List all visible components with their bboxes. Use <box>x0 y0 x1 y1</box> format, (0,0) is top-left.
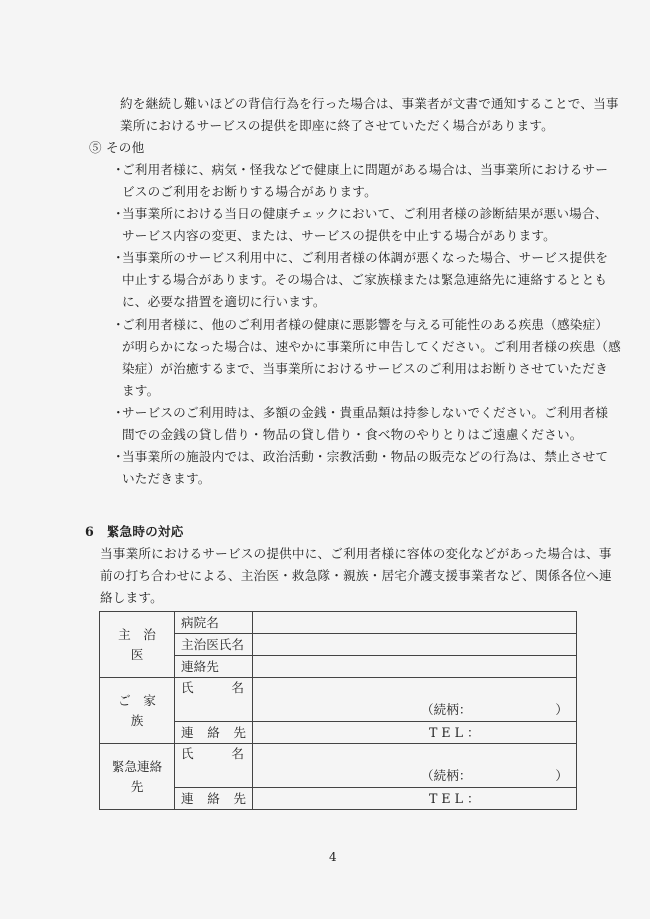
family-name-label: 氏 名 <box>175 678 253 722</box>
emergency-relation-close: ） <box>555 766 568 786</box>
emergency-name-label: 氏 名 <box>175 744 253 788</box>
doctor-contact-label: 連絡先 <box>175 656 253 678</box>
family-tel-label: TEL： <box>259 725 484 740</box>
family-name-field[interactable]: （続柄： ） <box>253 678 577 722</box>
family-contact-label: 連 絡 先 <box>175 722 253 744</box>
bullet-5-line-2: 間での金銭の貸し借り・物品の貸し借り・食べ物のやりとりはご遠慮ください。 <box>122 424 583 446</box>
bullet-4-line-3: 染症）が治癒するまで、当事業所におけるサービスのご利用はお断りさせていただき <box>122 358 608 380</box>
family-name-label-right: 名 <box>231 678 244 698</box>
page-number: 4 <box>329 850 337 864</box>
bullet-2-line-2: サービス内容の変更、または、サービスの提供を中止する場合があります。 <box>122 225 556 247</box>
bullet-5-line-1: サービスのご利用時は、多額の金銭・貴重品類は持参しないでください。ご利用者様 <box>122 402 608 424</box>
family-group-label: ご 家 族 <box>100 678 175 744</box>
family-contact-field[interactable]: TEL： <box>253 722 577 744</box>
bullet-4-line-4: ます。 <box>122 380 159 402</box>
emergency-row-name: 緊急連絡先 氏 名 （続柄： ） <box>100 744 577 788</box>
family-relation-close: ） <box>555 700 568 720</box>
family-row-name: ご 家 族 氏 名 （続柄： ） <box>100 678 577 722</box>
doctor-row-hospital: 主 治 医 病院名 <box>100 612 577 634</box>
bullet-2-line-1: 当事業所における当日の健康チェックにおいて、ご利用者様の診断結果が悪い場合、 <box>122 203 608 225</box>
emergency-name-label-left: 氏 <box>181 744 194 764</box>
emergency-tel-label: TEL： <box>259 791 484 806</box>
bullet-6-line-2: いただきます。 <box>122 468 211 490</box>
emergency-name-label-right: 名 <box>231 744 244 764</box>
emergency-name-field[interactable]: （続柄： ） <box>253 744 577 788</box>
bullet-3-line-3: に、必要な措置を適切に行います。 <box>122 291 326 313</box>
subsection-5-heading: ⑤ その他 <box>89 137 144 159</box>
bullet-3-line-2: 中止する場合があります。その場合は、ご家族様または緊急連絡先に連絡するととも <box>122 269 607 291</box>
document-page: 約を継続し難いほどの背信行為を行った場合は、事業者が文書で通知することで、当事 … <box>0 0 650 919</box>
section-6-body-line-1: 当事業所におけるサービスの提供中に、ご利用者様に容体の変化などがあった場合は、事 <box>100 543 612 565</box>
bullet-4-line-1: ご利用者様に、他のご利用者様の健康に悪影響を与える可能性のある疾患（感染症） <box>122 314 608 336</box>
emergency-relation-open: （続柄： <box>421 766 471 786</box>
section-6-body-line-3: 絡します。 <box>100 587 163 609</box>
bullet-6-line-1: 当事業所の施設内では、政治活動・宗教活動・物品の販売などの行為は、禁止させて <box>122 446 608 468</box>
family-name-label-left: 氏 <box>181 678 194 698</box>
bullet-3-line-1: 当事業所のサービス利用中に、ご利用者様の体調が悪くなった場合、サービス提供を <box>122 247 608 269</box>
bullet-4-line-2: が明らかになった場合は、速やかに事業所に申告してください。ご利用者様の疾患（感 <box>122 336 621 358</box>
continuation-line-1: 約を継続し難いほどの背信行為を行った場合は、事業者が文書で通知することで、当事 <box>120 93 619 115</box>
bullet-1-line-2: ビスのご利用をお断りする場合があります。 <box>122 181 377 203</box>
section-6-body-line-2: 前の打ち合わせによる、主治医・救急隊・親族・居宅介護支援事業者など、関係各位へ連 <box>100 565 612 587</box>
continuation-line-2: 業所におけるサービスの提供を即座に終了させていただく場合があります。 <box>120 115 554 137</box>
section-6-heading: 6 緊急時の対応 <box>85 521 184 543</box>
doctor-name-label: 主治医氏名 <box>175 634 253 656</box>
emergency-group-label: 緊急連絡先 <box>100 744 175 810</box>
emergency-contact-label: 連 絡 先 <box>175 788 253 810</box>
family-relation-open: （続柄： <box>421 700 471 720</box>
hospital-name-label: 病院名 <box>175 612 253 634</box>
emergency-contact-field[interactable]: TEL： <box>253 788 577 810</box>
bullet-1-line-1: ご利用者様に、病気・怪我などで健康上に問題がある場合は、当事業所におけるサー <box>122 159 608 181</box>
doctor-name-field[interactable] <box>253 634 577 656</box>
emergency-contacts-table: 主 治 医 病院名 主治医氏名 連絡先 ご 家 族 氏 名 （続柄： <box>99 611 577 810</box>
doctor-group-label: 主 治 医 <box>100 612 175 678</box>
hospital-name-field[interactable] <box>253 612 577 634</box>
doctor-contact-field[interactable] <box>253 656 577 678</box>
